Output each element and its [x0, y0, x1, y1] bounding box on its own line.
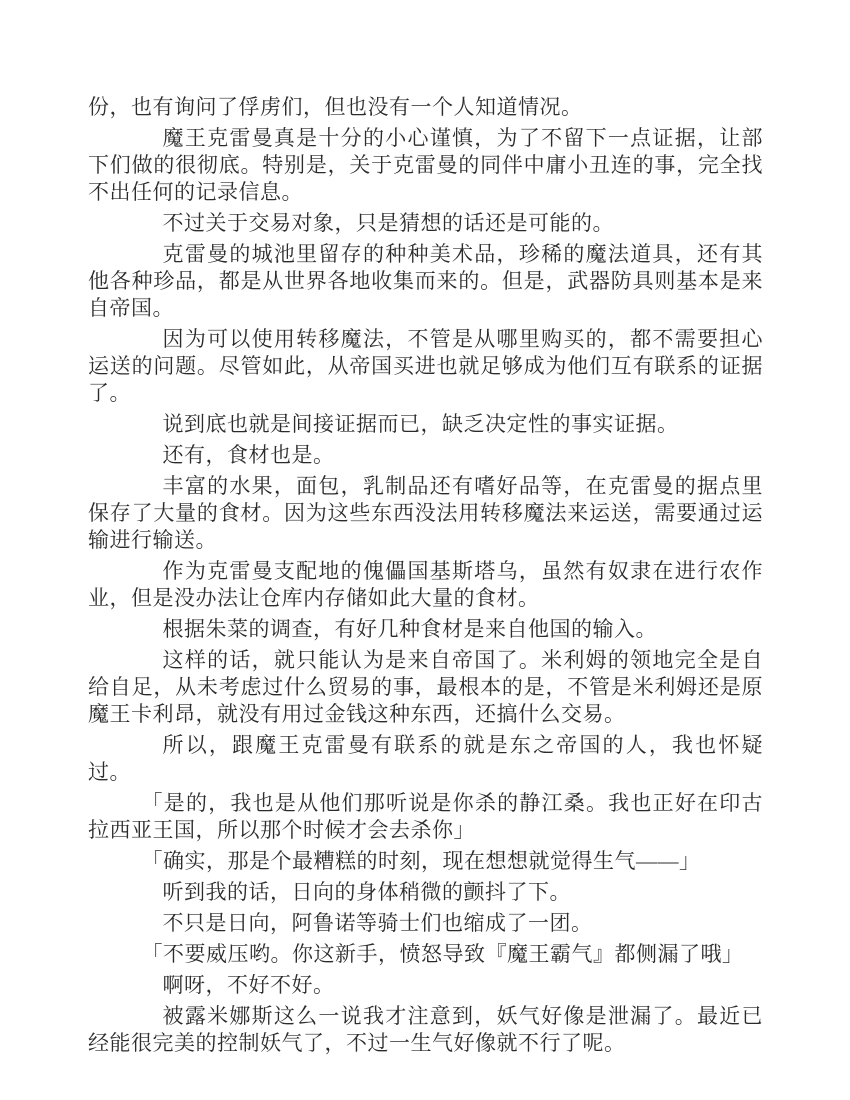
paragraph: 不过关于交易对象，只是猜想的话还是可能的。 — [88, 210, 763, 237]
paragraph-dialogue: 「确实，那是个最糟糕的时刻，现在想想就觉得生气——」 — [88, 848, 763, 875]
paragraph: 啊呀，不好不好。 — [88, 972, 763, 999]
paragraph: 克雷曼的城池里留存的种种美术品，珍稀的魔法道具，还有其他各种珍品，都是从世界各地… — [88, 241, 763, 322]
paragraph-continuation: 份，也有询问了俘虏们，但也没有一个人知道情况。 — [88, 94, 763, 121]
paragraph: 说到底也就是间接证据而已，缺乏决定性的事实证据。 — [88, 411, 763, 438]
paragraph: 被露米娜斯这么一说我才注意到，妖气好像是泄漏了。最近已经能很完美的控制妖气了，不… — [88, 1003, 763, 1057]
paragraph: 根据朱菜的调查，有好几种食材是来自他国的输入。 — [88, 616, 763, 643]
paragraph: 这样的话，就只能认为是来自帝国了。米利姆的领地完全是自给自足，从未考虑过什么贸易… — [88, 647, 763, 728]
paragraph-dialogue: 「是的，我也是从他们那听说是你杀的静江桑。我也正好在印古拉西亚王国，所以那个时候… — [88, 790, 763, 844]
novel-page: 份，也有询问了俘虏们，但也没有一个人知道情况。 魔王克雷曼真是十分的小心谨慎，为… — [0, 0, 850, 1100]
paragraph-dialogue: 「不要威压哟。你这新手，愤怒导致『魔王霸气』都侧漏了哦」 — [88, 941, 763, 968]
paragraph: 魔王克雷曼真是十分的小心谨慎，为了不留下一点证据，让部下们做的很彻底。特别是，关… — [88, 125, 763, 206]
paragraph: 所以，跟魔王克雷曼有联系的就是东之帝国的人，我也怀疑过。 — [88, 732, 763, 786]
paragraph: 因为可以使用转移魔法，不管是从哪里购买的，都不需要担心运送的问题。尽管如此，从帝… — [88, 326, 763, 407]
paragraph: 丰富的水果，面包，乳制品还有嗜好品等，在克雷曼的据点里保存了大量的食材。因为这些… — [88, 473, 763, 554]
paragraph: 作为克雷曼支配地的傀儡国基斯塔乌，虽然有奴隶在进行农作业，但是没办法让仓库内存储… — [88, 558, 763, 612]
page-text-block: 份，也有询问了俘虏们，但也没有一个人知道情况。 魔王克雷曼真是十分的小心谨慎，为… — [88, 94, 763, 1057]
paragraph: 听到我的话，日向的身体稍微的颤抖了下。 — [88, 879, 763, 906]
paragraph: 还有，食材也是。 — [88, 442, 763, 469]
paragraph: 不只是日向，阿鲁诺等骑士们也缩成了一团。 — [88, 910, 763, 937]
